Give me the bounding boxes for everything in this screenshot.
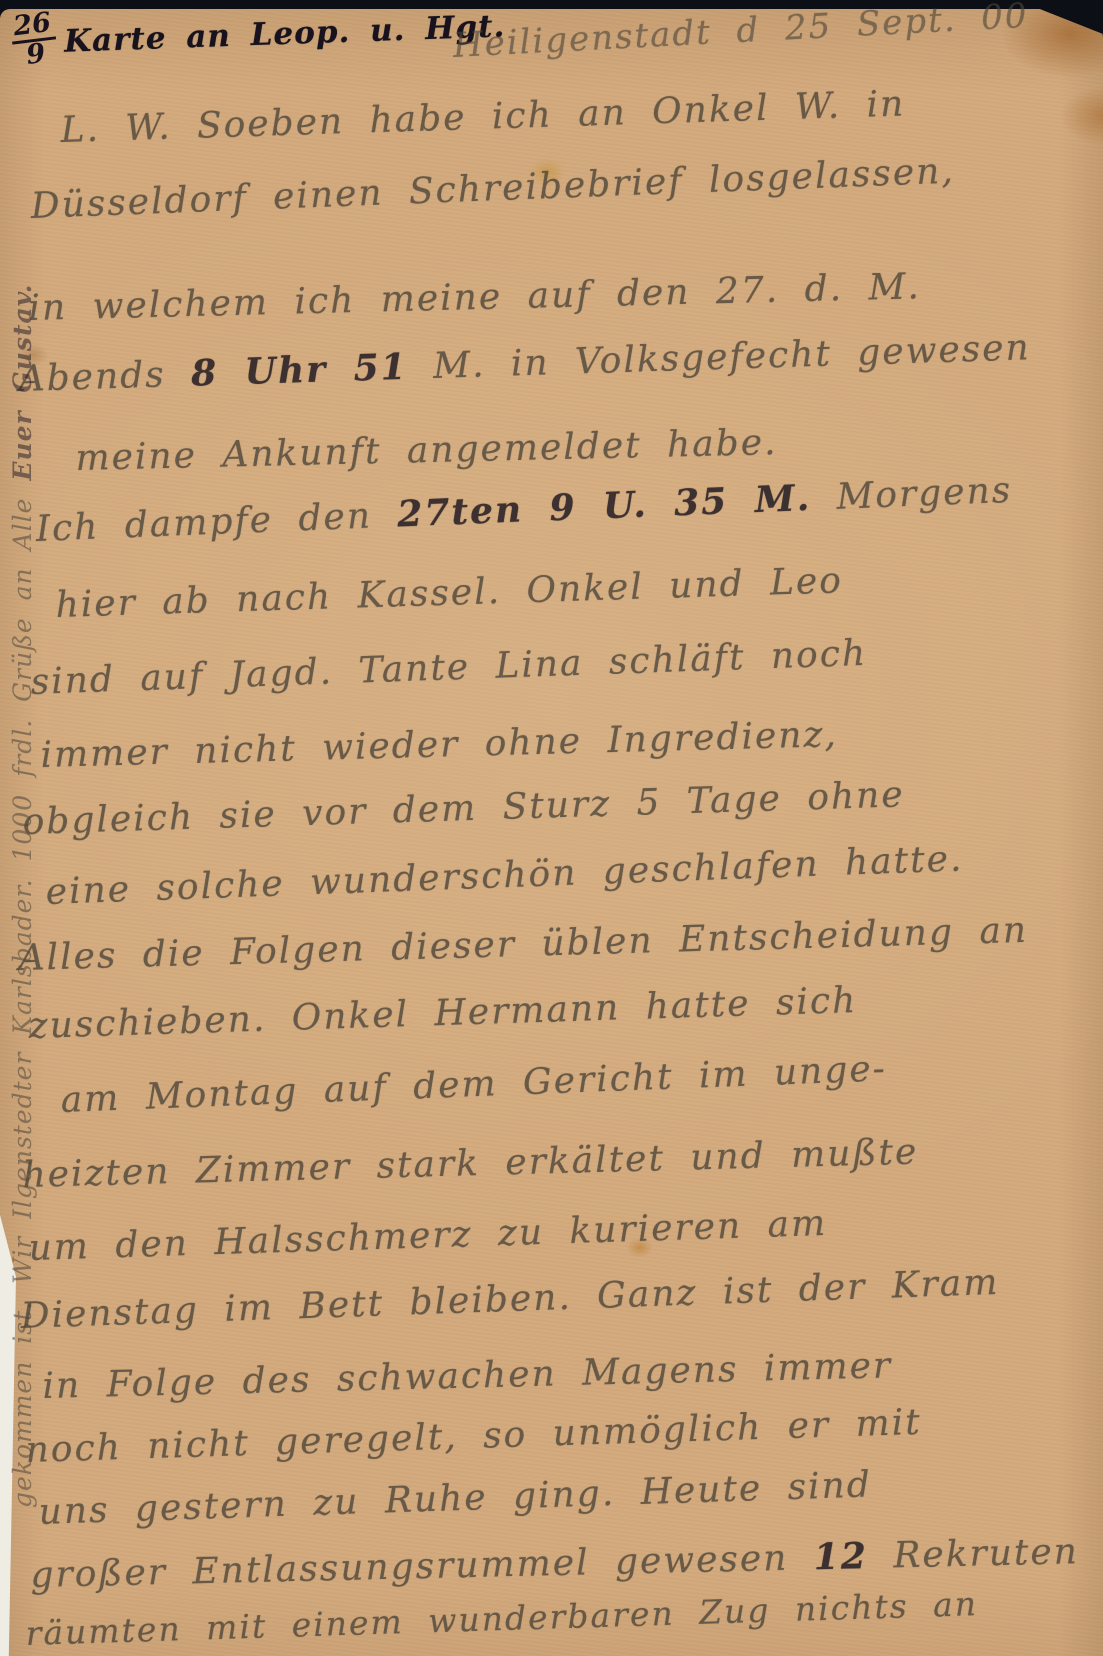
pencil-text: Morgens: [810, 470, 1013, 519]
margin-note-signature: Euer Gustav.: [8, 284, 37, 481]
date-fraction: 26 9: [9, 10, 59, 70]
fraction-denominator: 9: [12, 39, 59, 70]
pencil-text: Rekruten: [867, 1531, 1079, 1577]
pencil-text: Abends: [18, 354, 192, 400]
scanned-letter-screen: 26 9 Karte an Leop. u. Hgt. Heiligenstad…: [0, 0, 1103, 1656]
vertical-margin-note: gekommen ist. Wir Ilgenstedter Karlsbade…: [8, 88, 37, 1508]
ink-overwritten-number: 12: [813, 1535, 868, 1578]
margin-note-start: gekommen ist. Wir Ilgenstedter Karlsbade…: [8, 481, 37, 1508]
ink-overwritten-time: 8 Uhr 51: [190, 346, 408, 395]
